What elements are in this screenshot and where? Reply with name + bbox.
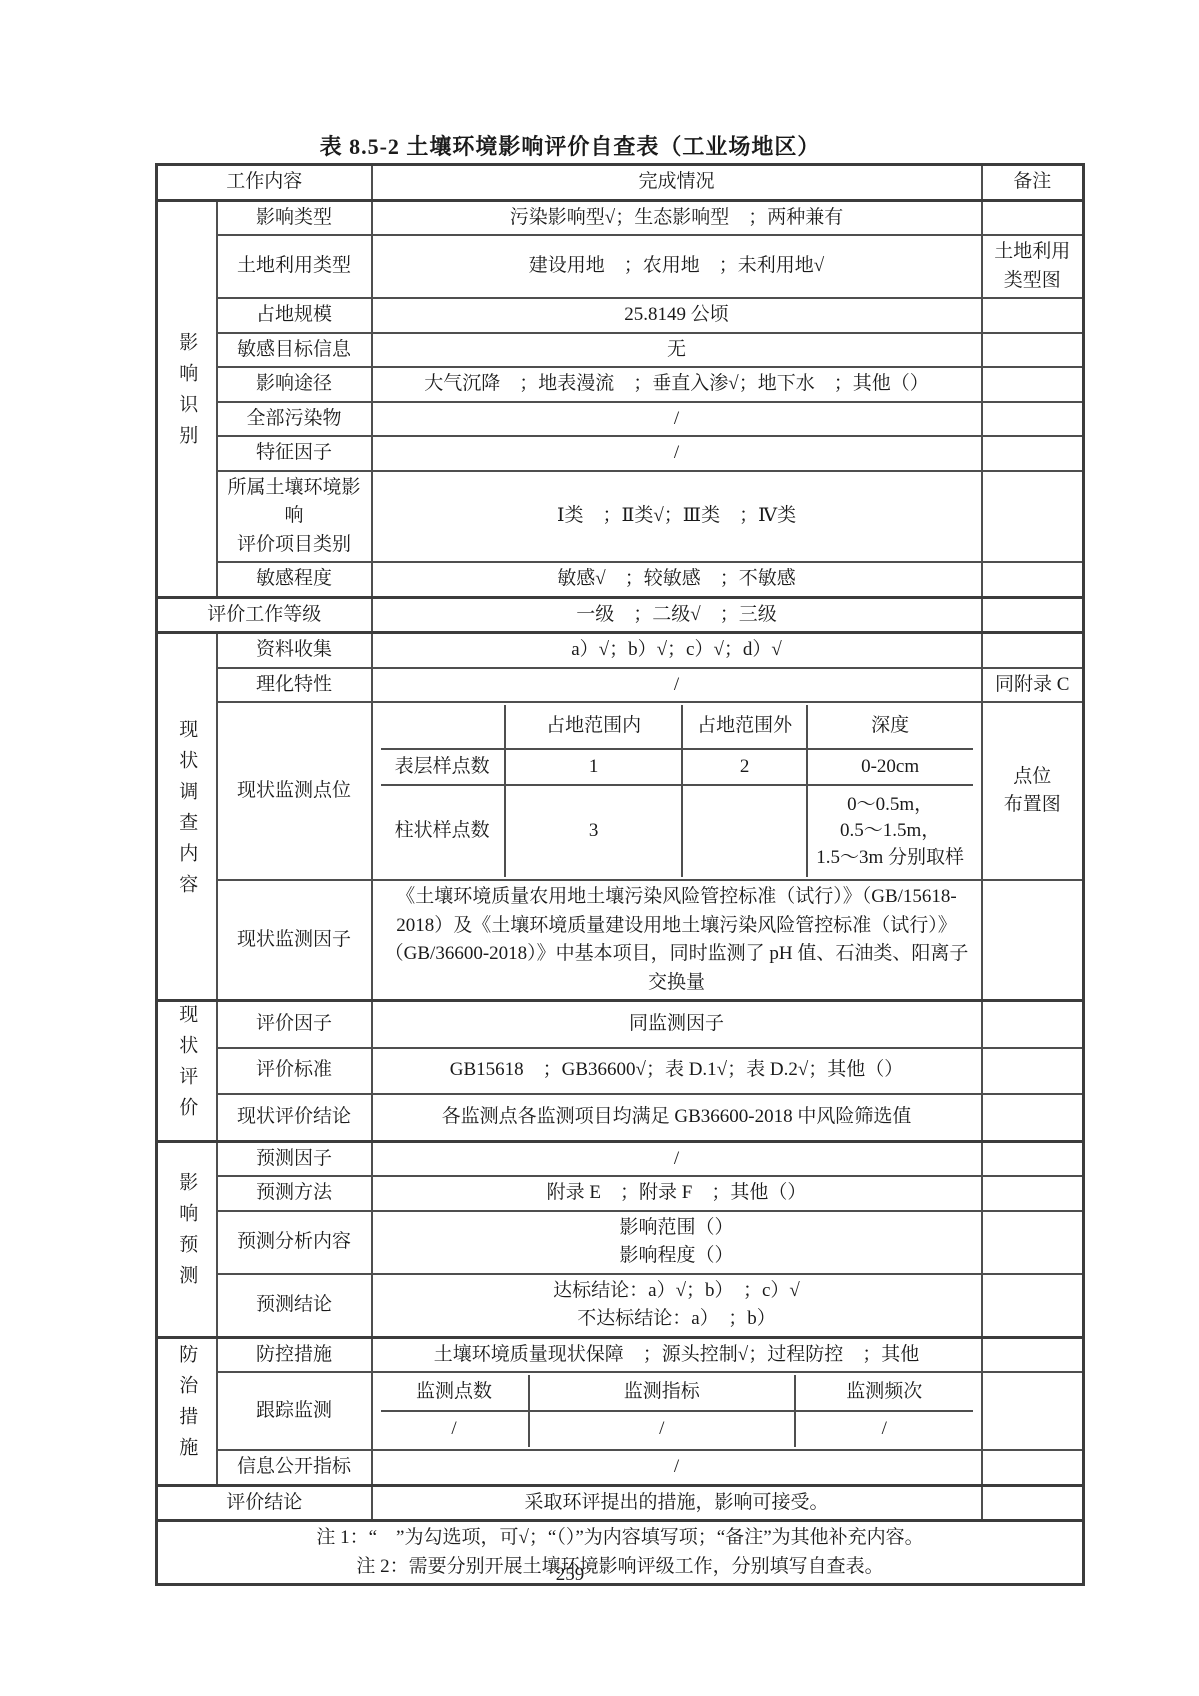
row-impact-pathway: 影响途径 大气沉降 ；地表漫流 ；垂直入渗√；地下水 ；其他（） [157, 367, 1084, 402]
row-monitoring-points: 现状监测点位 占地范围内 占地范围外 深度 表层样点数 1 2 0-20cm [157, 702, 1084, 880]
land-use-type-remark-line2: 类型图 [991, 267, 1075, 296]
column-sample-depth: 0～0.5m， 0.5～1.5m， 1.5～3m 分别取样 [807, 785, 973, 877]
column-sample-outside [682, 785, 806, 877]
self-check-table: 工作内容 完成情况 备注 影响识别 影响类型 污染影响型√；生态影响型 ；两种兼… [155, 163, 1085, 1586]
row-project-category: 所属土壤环境影响 评价项目类别 Ⅰ类 ；Ⅱ类√；Ⅲ类 ；Ⅳ类 [157, 471, 1084, 563]
row-prediction-content: 预测分析内容 影响范围（） 影响程度（） [157, 1211, 1084, 1274]
row-impact-type: 影响识别 影响类型 污染影响型√；生态影响型 ；两种兼有 [157, 200, 1084, 235]
physicochemical-label: 理化特性 [217, 668, 372, 703]
impact-pathway-remark [982, 367, 1084, 402]
row-prediction-factors: 影响预测 预测因子 / [157, 1141, 1084, 1176]
group-impact-identification: 影响识别 [157, 200, 217, 597]
monitoring-points-remark: 点位 布置图 [982, 702, 1084, 880]
sensitive-target-label: 敏感目标信息 [217, 333, 372, 368]
monitoring-points-header-row: 占地范围内 占地范围外 深度 [381, 705, 973, 749]
project-category-remark [982, 471, 1084, 563]
info-disclosure-label: 信息公开指标 [217, 1450, 372, 1485]
prediction-conclusion-label: 预测结论 [217, 1274, 372, 1338]
surface-sample-label: 表层样点数 [381, 749, 505, 785]
monitoring-points-header-inside: 占地范围内 [505, 705, 683, 749]
tracking-value-points: / [381, 1411, 529, 1447]
monitoring-points-blank-cell [381, 705, 505, 749]
tracking-monitoring-header-row: 监测点数 监测指标 监测频次 [381, 1375, 973, 1411]
info-disclosure-value: / [372, 1450, 982, 1485]
impact-type-value: 污染影响型√；生态影响型 ；两种兼有 [372, 200, 982, 235]
prediction-conclusion-value: 达标结论：a）√；b） ；c）√ 不达标结论：a） ；b） [372, 1274, 982, 1338]
prediction-content-line1: 影响范围（） [381, 1214, 973, 1243]
all-pollutants-label: 全部污染物 [217, 402, 372, 437]
header-row: 工作内容 完成情况 备注 [157, 165, 1084, 201]
monitoring-points-column-row: 柱状样点数 3 0～0.5m， 0.5～1.5m， 1.5～3m 分别取样 [381, 785, 973, 877]
prediction-factors-value: / [372, 1141, 982, 1176]
land-use-type-remark-line1: 土地利用 [991, 238, 1075, 267]
final-conclusion-remark [982, 1485, 1084, 1521]
monitoring-points-subtable: 占地范围内 占地范围外 深度 表层样点数 1 2 0-20cm 柱状样点数 3 [381, 705, 973, 877]
row-monitoring-factors: 现状监测因子 《土壤环境质量农用地土壤污染风险管控标准（试行）》（GB/1561… [157, 880, 1084, 1001]
all-pollutants-remark [982, 402, 1084, 437]
prediction-conclusion-remark [982, 1274, 1084, 1338]
data-collection-label: 资料收集 [217, 633, 372, 668]
data-collection-remark [982, 633, 1084, 668]
assessment-level-remark [982, 597, 1084, 633]
characteristic-factors-value: / [372, 436, 982, 471]
project-category-value: Ⅰ类 ；Ⅱ类√；Ⅲ类 ；Ⅳ类 [372, 471, 982, 563]
monitoring-points-header-depth: 深度 [807, 705, 973, 749]
row-prediction-method: 预测方法 附录 E ；附录 F ；其他（） [157, 1176, 1084, 1211]
group-impact-identification-label: 影响识别 [177, 332, 196, 456]
prediction-content-remark [982, 1211, 1084, 1274]
sensitivity-label: 敏感程度 [217, 562, 372, 597]
impact-type-label: 影响类型 [217, 200, 372, 235]
tracking-monitoring-label: 跟踪监测 [217, 1372, 372, 1450]
assessment-factors-label: 评价因子 [217, 1001, 372, 1048]
tracking-monitoring-subtable-cell: 监测点数 监测指标 监测频次 / / / [372, 1372, 982, 1450]
assessment-level-value: 一级 ；二级√ ；三级 [372, 597, 982, 633]
row-prevention-measures: 防治措施 防控措施 土壤环境质量现状保障 ；源头控制√；过程防控 ；其他 [157, 1337, 1084, 1372]
prevention-measures-remark [982, 1337, 1084, 1372]
row-info-disclosure: 信息公开指标 / [157, 1450, 1084, 1485]
info-disclosure-remark [982, 1450, 1084, 1485]
surface-sample-depth: 0-20cm [807, 749, 973, 785]
group-status-survey: 现状调查内容 [157, 633, 217, 1001]
final-conclusion-value: 采取环评提出的措施，影响可接受。 [372, 1485, 982, 1521]
characteristic-factors-label: 特征因子 [217, 436, 372, 471]
table-title: 表 8.5-2 土壤环境影响评价自查表（工业场地区） [155, 130, 985, 161]
surface-sample-inside: 1 [505, 749, 683, 785]
land-area-label: 占地规模 [217, 298, 372, 333]
prediction-factors-label: 预测因子 [217, 1141, 372, 1176]
project-category-label-line1: 所属土壤环境影响 [226, 474, 363, 531]
prediction-method-label: 预测方法 [217, 1176, 372, 1211]
monitoring-points-surface-row: 表层样点数 1 2 0-20cm [381, 749, 973, 785]
row-land-area: 占地规模 25.8149 公顷 [157, 298, 1084, 333]
sensitive-target-value: 无 [372, 333, 982, 368]
row-characteristic-factors: 特征因子 / [157, 436, 1084, 471]
row-physicochemical: 理化特性 / 同附录 C [157, 668, 1084, 703]
group-status-assessment: 现状评价 [157, 1001, 217, 1142]
prevention-measures-label: 防控措施 [217, 1337, 372, 1372]
sensitivity-value: 敏感√ ；较敏感 ；不敏感 [372, 562, 982, 597]
header-work-content: 工作内容 [157, 165, 372, 201]
status-conclusion-remark [982, 1094, 1084, 1141]
monitoring-points-header-outside: 占地范围外 [682, 705, 806, 749]
row-prediction-conclusion: 预测结论 达标结论：a）√；b） ；c）√ 不达标结论：a） ；b） [157, 1274, 1084, 1338]
prediction-method-remark [982, 1176, 1084, 1211]
header-remark: 备注 [982, 165, 1084, 201]
notes-line1: 注 1：“ ”为勾选项，可√；“（）”为内容填写项；“备注”为其他补充内容。 [166, 1524, 1074, 1553]
row-data-collection: 现状调查内容 资料收集 a）√；b）√；c）√；d）√ [157, 633, 1084, 668]
physicochemical-remark: 同附录 C [982, 668, 1084, 703]
row-sensitive-target: 敏感目标信息 无 [157, 333, 1084, 368]
tracking-header-indicators: 监测指标 [529, 1375, 795, 1411]
tracking-value-indicators: / [529, 1411, 795, 1447]
group-control-measures-label: 防治措施 [177, 1344, 196, 1468]
group-impact-prediction-label: 影响预测 [177, 1172, 196, 1296]
status-conclusion-value: 各监测点各监测项目均满足 GB36600-2018 中风险筛选值 [372, 1094, 982, 1141]
impact-type-remark [982, 200, 1084, 235]
land-area-value: 25.8149 公顷 [372, 298, 982, 333]
row-assessment-standard: 评价标准 GB15618 ；GB36600√；表 D.1√；表 D.2√；其他（… [157, 1048, 1084, 1094]
impact-pathway-label: 影响途径 [217, 367, 372, 402]
column-sample-depth-line3: 1.5～3m 分别取样 [814, 845, 967, 872]
monitoring-points-remark-line1: 点位 [991, 763, 1075, 792]
assessment-standard-label: 评价标准 [217, 1048, 372, 1094]
prediction-method-value: 附录 E ；附录 F ；其他（） [372, 1176, 982, 1211]
monitoring-factors-label: 现状监测因子 [217, 880, 372, 1001]
final-conclusion-label: 评价结论 [157, 1485, 372, 1521]
row-land-use-type: 土地利用类型 建设用地 ；农用地 ；未利用地√ 土地利用 类型图 [157, 235, 1084, 298]
land-use-type-value: 建设用地 ；农用地 ；未利用地√ [372, 235, 982, 298]
land-area-remark [982, 298, 1084, 333]
sensitive-target-remark [982, 333, 1084, 368]
tracking-monitoring-value-row: / / / [381, 1411, 973, 1447]
physicochemical-value: / [372, 668, 982, 703]
tracking-monitoring-subtable: 监测点数 监测指标 监测频次 / / / [381, 1375, 973, 1447]
group-impact-prediction: 影响预测 [157, 1141, 217, 1337]
assessment-factors-value: 同监测因子 [372, 1001, 982, 1048]
group-control-measures: 防治措施 [157, 1337, 217, 1485]
surface-sample-outside: 2 [682, 749, 806, 785]
all-pollutants-value: / [372, 402, 982, 437]
assessment-factors-remark [982, 1001, 1084, 1048]
column-sample-depth-line1: 0～0.5m， [814, 792, 967, 819]
land-use-type-remark: 土地利用 类型图 [982, 235, 1084, 298]
document-page: 表 8.5-2 土壤环境影响评价自查表（工业场地区） 工作内容 完成情况 备注 … [0, 0, 1199, 1696]
impact-pathway-value: 大气沉降 ；地表漫流 ；垂直入渗√；地下水 ；其他（） [372, 367, 982, 402]
header-completion: 完成情况 [372, 165, 982, 201]
row-assessment-factors: 现状评价 评价因子 同监测因子 [157, 1001, 1084, 1048]
land-use-type-label: 土地利用类型 [217, 235, 372, 298]
monitoring-points-remark-line2: 布置图 [991, 791, 1075, 820]
tracking-value-frequency: / [795, 1411, 973, 1447]
row-assessment-level: 评价工作等级 一级 ；二级√ ；三级 [157, 597, 1084, 633]
tracking-header-frequency: 监测频次 [795, 1375, 973, 1411]
prediction-content-label: 预测分析内容 [217, 1211, 372, 1274]
monitoring-factors-value: 《土壤环境质量农用地土壤污染风险管控标准（试行）》（GB/15618-2018）… [372, 880, 982, 1001]
characteristic-factors-remark [982, 436, 1084, 471]
project-category-label-line2: 评价项目类别 [226, 531, 363, 560]
row-tracking-monitoring: 跟踪监测 监测点数 监测指标 监测频次 / / / [157, 1372, 1084, 1450]
column-sample-depth-line2: 0.5～1.5m， [814, 818, 967, 845]
row-final-conclusion: 评价结论 采取环评提出的措施，影响可接受。 [157, 1485, 1084, 1521]
project-category-label: 所属土壤环境影响 评价项目类别 [217, 471, 372, 563]
prevention-measures-value: 土壤环境质量现状保障 ；源头控制√；过程防控 ；其他 [372, 1337, 982, 1372]
row-all-pollutants: 全部污染物 / [157, 402, 1084, 437]
prediction-conclusion-line2: 不达标结论：a） ；b） [381, 1305, 973, 1334]
column-sample-label: 柱状样点数 [381, 785, 505, 877]
monitoring-points-subtable-cell: 占地范围内 占地范围外 深度 表层样点数 1 2 0-20cm 柱状样点数 3 [372, 702, 982, 880]
prediction-conclusion-line1: 达标结论：a）√；b） ；c）√ [381, 1277, 973, 1306]
prediction-factors-remark [982, 1141, 1084, 1176]
column-sample-inside: 3 [505, 785, 683, 877]
status-conclusion-label: 现状评价结论 [217, 1094, 372, 1141]
assessment-level-label: 评价工作等级 [157, 597, 372, 633]
tracking-monitoring-remark [982, 1372, 1084, 1450]
group-status-assessment-label: 现状评价 [177, 1004, 196, 1128]
sensitivity-remark [982, 562, 1084, 597]
assessment-standard-remark [982, 1048, 1084, 1094]
row-sensitivity: 敏感程度 敏感√ ；较敏感 ；不敏感 [157, 562, 1084, 597]
page-number: 259 [155, 1564, 985, 1586]
monitoring-points-label: 现状监测点位 [217, 702, 372, 880]
monitoring-factors-remark [982, 880, 1084, 1001]
prediction-content-value: 影响范围（） 影响程度（） [372, 1211, 982, 1274]
group-status-survey-label: 现状调查内容 [177, 719, 196, 905]
data-collection-value: a）√；b）√；c）√；d）√ [372, 633, 982, 668]
tracking-header-points: 监测点数 [381, 1375, 529, 1411]
prediction-content-line2: 影响程度（） [381, 1242, 973, 1271]
assessment-standard-value: GB15618 ；GB36600√；表 D.1√；表 D.2√；其他（） [372, 1048, 982, 1094]
row-status-conclusion: 现状评价结论 各监测点各监测项目均满足 GB36600-2018 中风险筛选值 [157, 1094, 1084, 1141]
